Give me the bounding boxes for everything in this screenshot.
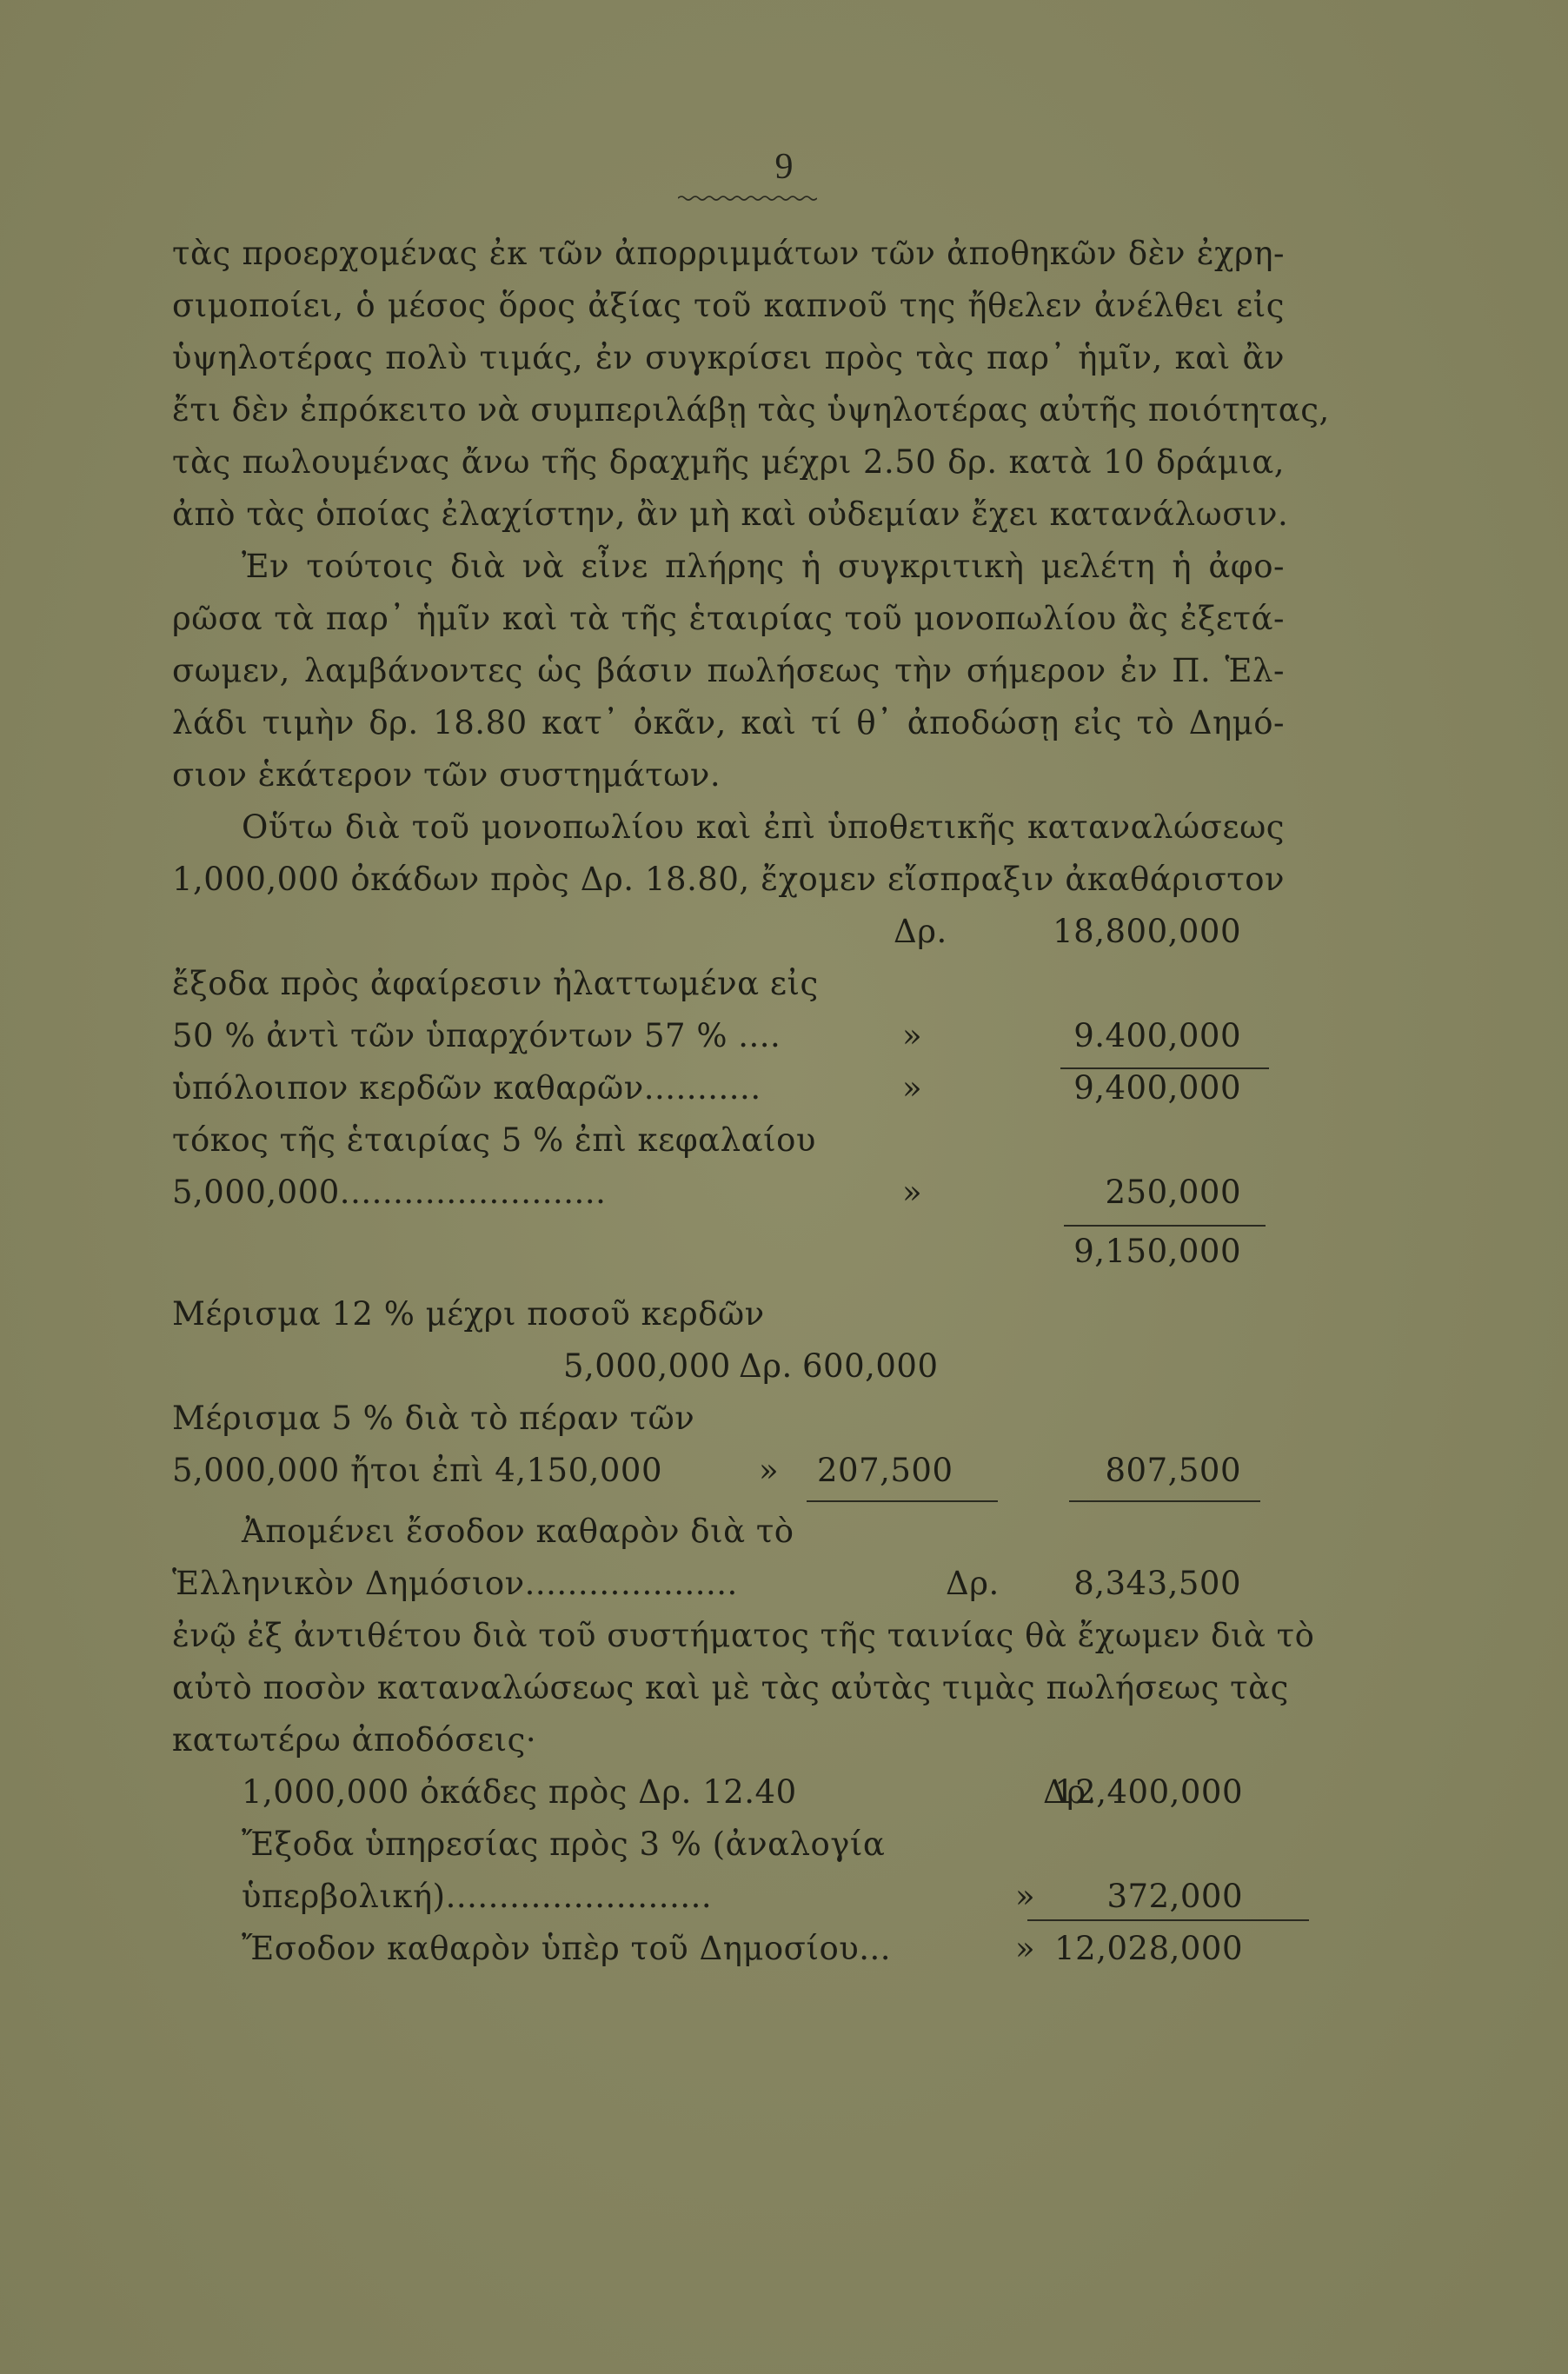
text-line: Οὕτω διὰ τοῦ μονοπωλίου καὶ ἐπὶ ὑποθετικ…: [242, 801, 1285, 854]
banderole-gross-label: 1,000,000 ὀκάδες πρὸς Δρ. 12.40: [242, 1766, 797, 1819]
gross-currency: Δρ.: [894, 906, 947, 958]
wavy-rule-ornament: [678, 193, 817, 203]
text-line: ἔτι δὲν ἐπρόκειτο νὰ συμπεριλάβῃ τὰς ὑψη…: [172, 384, 1285, 436]
dividend-12-label: Μέρισμα 12 % μέχρι ποσοῦ κερδῶν: [172, 1288, 765, 1340]
dividend-5-amount: 207,500: [817, 1445, 953, 1497]
remaining-label-2: Ἑλληνικὸν Δημόσιον....................: [172, 1558, 738, 1610]
scanned-page: 9 τὰς προερχομένας ἐκ τῶν ἀπορριμμάτων τ…: [0, 0, 1568, 2374]
ditto-mark: »: [902, 1062, 922, 1114]
interest-label-2: 5,000,000.........................: [172, 1167, 606, 1219]
text-line: κατωτέρω ἀποδόσεις·: [172, 1714, 536, 1766]
ditto-mark: »: [902, 1167, 922, 1219]
expenses-label-1: ἔξοδα πρὸς ἀφαίρεσιν ἠλαττωμένα εἰς: [172, 958, 819, 1010]
text-line: λάδι τιμὴν δρ. 18.80 κατ᾽ ὀκᾶν, καὶ τί θ…: [172, 697, 1285, 749]
text-line: τὰς προερχομένας ἐκ τῶν ἀπορριμμάτων τῶν…: [172, 228, 1285, 280]
text-line: σιμοποίει, ὁ μέσος ὅρος ἀξίας τοῦ καπνοῦ…: [172, 280, 1285, 332]
net-income-label: Ἔσοδον καθαρὸν ὑπὲρ τοῦ Δημοσίου...: [242, 1923, 891, 1975]
gross-amount: 18,800,000: [1024, 906, 1241, 958]
net-profit-label: ὑπόλοιπον κερδῶν καθαρῶν...........: [172, 1062, 761, 1114]
banderole-gross-amount: 12,400,000: [1024, 1766, 1243, 1819]
net-income-amount: 12,028,000: [1024, 1923, 1243, 1975]
interest-amount: 250,000: [1024, 1167, 1241, 1219]
text-line: σιον ἑκάτερον τῶν συστημάτων.: [172, 749, 721, 801]
service-expenses-label-1: Ἔξοδα ὑπηρεσίας πρὸς 3 % (ἀναλογία: [242, 1819, 885, 1871]
dividends-total: 807,500: [1024, 1445, 1241, 1497]
sum-rule: [807, 1500, 998, 1502]
text-line: τὰς πωλουμένας ἄνω τῆς δραχμῆς μέχρι 2.5…: [172, 436, 1285, 489]
text-line: 1,000,000 ὀκάδων πρὸς Δρ. 18.80, ἔχομεν …: [172, 854, 1285, 906]
dividend-12-currency: Δρ.: [739, 1340, 793, 1393]
sum-rule: [1069, 1500, 1260, 1502]
interest-label-1: τόκος τῆς ἑταιρίας 5 % ἐπὶ κεφαλαίου: [172, 1114, 816, 1167]
net-profit-amount: 9,400,000: [1024, 1062, 1241, 1114]
remaining-currency: Δρ.: [946, 1558, 1000, 1610]
service-expenses-amount: 372,000: [1024, 1871, 1243, 1923]
dividend-12-base: 5,000,000: [563, 1340, 731, 1393]
service-expenses-label-2: ὑπερβολική).........................: [242, 1871, 712, 1923]
dividend-5-label-2: 5,000,000 ἤτοι ἐπὶ 4,150,000: [172, 1445, 662, 1497]
remaining-amount: 8,343,500: [1024, 1558, 1241, 1610]
subtotal-amount: 9,150,000: [1024, 1226, 1241, 1278]
ditto-mark: »: [902, 1010, 922, 1062]
expenses-amount: 9.400,000: [1024, 1010, 1241, 1062]
page-number: 9: [0, 146, 1568, 188]
ditto-mark: »: [759, 1445, 779, 1497]
sum-rule: [1027, 1919, 1309, 1921]
text-line: ὑψηλοτέρας πολὺ τιμάς, ἐν συγκρίσει πρὸς…: [172, 332, 1285, 384]
dividend-5-label-1: Μέρισμα 5 % διὰ τὸ πέραν τῶν: [172, 1393, 694, 1445]
text-line: σωμεν, λαμβάνοντες ὡς βάσιν πωλήσεως τὴν…: [172, 645, 1285, 697]
expenses-label-2: 50 % ἀντὶ τῶν ὑπαρχόντων 57 % ....: [172, 1010, 781, 1062]
text-line: Ἐν τούτοις διὰ νὰ εἶνε πλήρης ἡ συγκριτι…: [242, 541, 1285, 593]
text-line: ρῶσα τὰ παρ᾽ ἡμῖν καὶ τὰ τῆς ἑταιρίας το…: [172, 593, 1285, 645]
text-line: ἀπὸ τὰς ὁποίας ἐλαχίστην, ἂν μὴ καὶ οὐδε…: [172, 489, 1285, 541]
dividend-12-amount: 600,000: [802, 1340, 939, 1393]
text-line: αὐτὸ ποσὸν καταναλώσεως καὶ μὲ τὰς αὐτὰς…: [172, 1662, 1285, 1714]
remaining-label-1: Ἀπομένει ἔσοδον καθαρὸν διὰ τὸ: [242, 1506, 794, 1558]
text-line: ἐνῷ ἐξ ἀντιθέτου διὰ τοῦ συστήματος τῆς …: [172, 1610, 1285, 1662]
